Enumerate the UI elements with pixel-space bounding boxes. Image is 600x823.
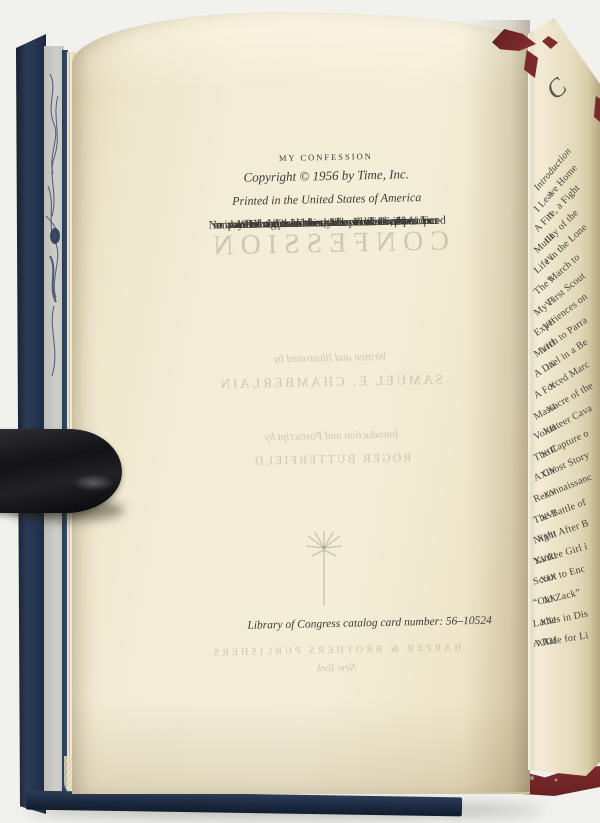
chapter-title-fragment: Scout to Enc — [532, 564, 587, 588]
illustrated-endpaper — [44, 46, 64, 802]
contents-entries: IntroductionII Leave HomeIIA Fire, a Fig… — [528, 18, 600, 800]
gutter-crease-shadow — [464, 20, 530, 792]
chapter-title-fragment: “Old Zack” — [532, 587, 582, 608]
chapter-title-fragment: Ladies in Dis — [532, 608, 589, 629]
chapter-title-fragment: A Ride for Li — [532, 630, 589, 650]
contents-page-leaf: C IntroductionII Leave HomeIIA Fire, a F… — [528, 18, 600, 800]
endpaper-sketch-icon — [44, 66, 64, 406]
page-holder-clip — [0, 429, 122, 513]
open-book-photo: CONFESSION Written and Illustrated by SA… — [0, 0, 600, 823]
book-cover-navy-board — [16, 34, 46, 814]
